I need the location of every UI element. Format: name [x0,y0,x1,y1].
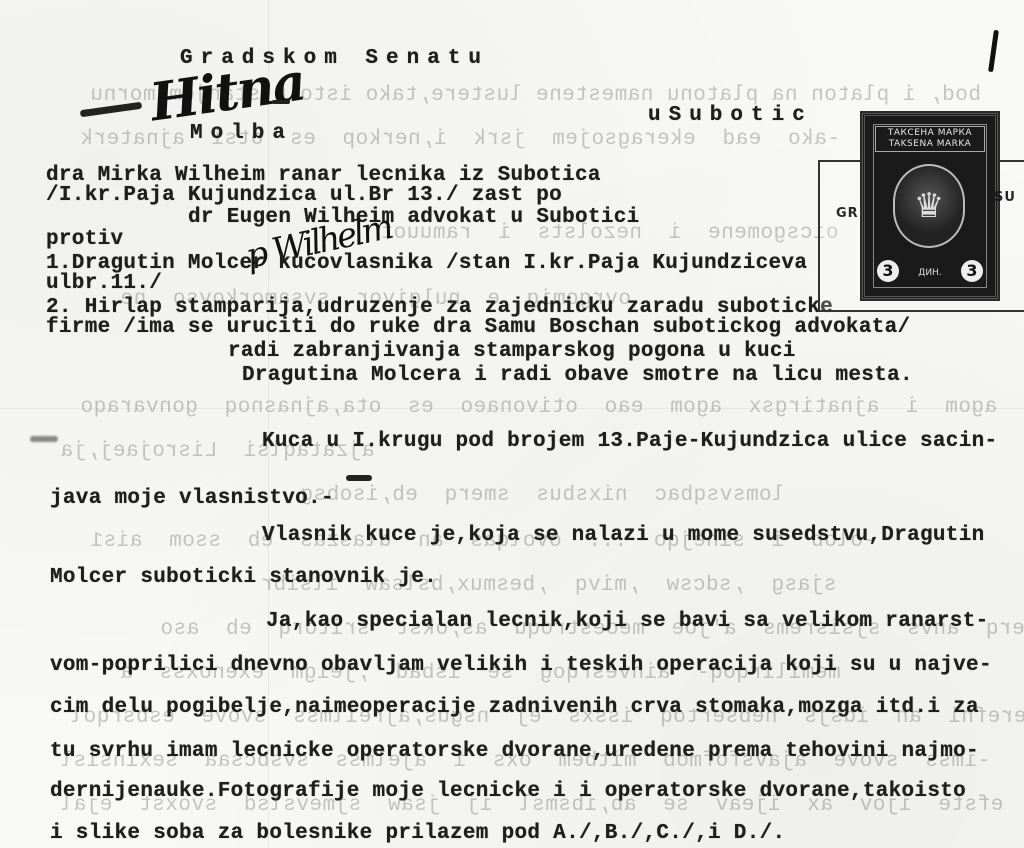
stamp-header: ТАКСЕНА МАРКА TAKSENA MARKA [875,126,985,152]
body-line: Kuca u I.krugu pod brojem 13.Paje-Kujund… [262,430,997,453]
body-line: Vlasnik kuce je,koja se nalazi u mome su… [262,524,985,547]
petitioner-line: dr Eugen Wilheim advokat u Subotici [188,206,640,229]
body-line: java moje vlasnistvo.- [50,487,334,510]
stamp-header-cyrillic: ТАКСЕНА МАРКА [876,128,984,139]
cancellation-text: GR [836,206,859,221]
subject-line: Dragutina Molcera i radi obave smotre na… [242,364,913,387]
coat-of-arms-icon: ♛ [893,164,965,248]
body-line: cim delu pogibelje,naimeoperacije zadniv… [50,696,979,719]
respondent-line: ulbr.11./ [46,272,162,295]
against-label: protiv [46,228,123,251]
petitioner-line: /I.kr.Paja Kujundzica ul.Br 13./ zast po [46,184,562,207]
handwritten-dash [272,100,290,104]
ink-smudge [30,436,58,442]
body-line: vom-poprilici dnevno obavljam velikih i … [50,654,992,677]
revenue-stamp: ТАКСЕНА МАРКА TAKSENA MARKA ♛ 3 ДИН. 3 [862,113,998,299]
body-line: Molcer suboticki stanovnik je. [50,566,437,589]
cancellation-text: SU [994,190,1016,205]
respondent-line: firme /ima se uruciti do ruke dra Samu B… [46,316,910,339]
body-line: dernijenauke.Fotografije moje lecnicke i… [50,780,966,803]
ink-mark [346,475,372,481]
place: uSubotic [648,104,813,127]
subject-line: radi zabranjivanja stamparskog pogona u … [228,340,796,363]
stamp-header-latin: TAKSENA MARKA [876,139,984,150]
body-line: i slike soba za bolesnike prilazem pod A… [50,822,785,845]
bleed-through-line: lomsvsqbac nixsbus smerq eb,isobsg [300,484,785,507]
body-line: Ja,kao specialan lecnik,koji se bavi sa … [266,610,989,633]
body-line: tu svrhu imam lecnicke operatorske dvora… [50,740,979,763]
stamp-value-right: 3 [961,260,983,282]
bleed-through-line: gnodorerq agom i ajnatirgsx agom eao oti… [80,396,1024,419]
